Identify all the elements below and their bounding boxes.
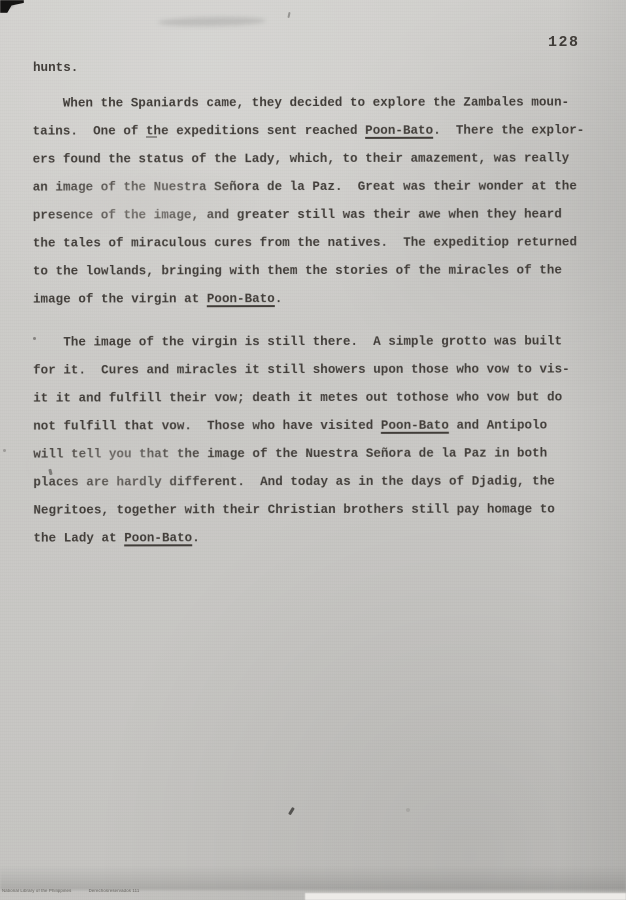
scanned-page: 128 hunts. When the Spaniards came, they… xyxy=(0,0,626,900)
ink-speck xyxy=(33,337,36,340)
text-segment: will tell you that the image of the Nues… xyxy=(33,447,547,462)
text-segment: it it and fulfill their vow; death it me… xyxy=(33,390,562,405)
text-segment: tains. One of the expeditions sent reach… xyxy=(33,124,366,139)
text-segment: ers found the status of the Lady, which,… xyxy=(33,151,570,166)
ink-speck xyxy=(3,449,6,452)
text-line: places are hardly different. And today a… xyxy=(33,467,611,496)
text-segment: image of the virgin at xyxy=(33,292,207,306)
paragraph: The image of the virgin is still there. … xyxy=(33,327,611,552)
text-segment: places are hardly different. And today a… xyxy=(33,475,554,490)
text-segment: Negritoes, together with their Christian… xyxy=(33,503,554,518)
text-segment: the Lady at xyxy=(33,531,124,545)
text-line: tains. One of the expeditions sent reach… xyxy=(33,116,611,145)
scan-artifact-corner-mark xyxy=(0,0,24,13)
scan-footer: National Library of the Philippines Dere… xyxy=(2,889,139,893)
text-line: will tell you that the image of the Nues… xyxy=(33,439,611,468)
text-segment: and Antipolo xyxy=(449,419,547,433)
footer-reference-label: Derechosreservados 111 xyxy=(89,889,140,893)
stray-underscore-mark xyxy=(146,136,157,138)
text-line: The image of the virgin is still there. … xyxy=(33,327,611,356)
text-line: When the Spaniards came, they decided to… xyxy=(33,88,611,117)
text-line: to the lowlands, bringing with them the … xyxy=(33,256,611,285)
text-line: Negritoes, together with their Christian… xyxy=(33,495,611,524)
text-line: the tales of miraculous cures from the n… xyxy=(33,228,611,257)
text-line: ers found the status of the Lady, which,… xyxy=(33,144,611,173)
ink-speck xyxy=(406,808,410,812)
scan-border-strip xyxy=(305,893,626,900)
ink-speck xyxy=(287,12,290,18)
text-line: presence of the image, and greater still… xyxy=(33,200,611,229)
eraser-smudge xyxy=(158,16,266,27)
underlined-place-name: Poon-Bato xyxy=(207,292,275,306)
paragraph: When the Spaniards came, they decided to… xyxy=(33,88,611,313)
text-line: it it and fulfill their vow; death it me… xyxy=(33,383,611,412)
catchword-line: hunts. xyxy=(33,54,78,82)
text-segment: to the lowlands, bringing with them the … xyxy=(33,263,562,278)
text-line: image of the virgin at Poon-Bato. xyxy=(33,284,611,313)
text-segment: When the Spaniards came, they decided to… xyxy=(33,95,570,110)
text-segment: . There the explor- xyxy=(433,123,584,137)
page-number: 128 xyxy=(548,34,580,51)
text-segment: presence of the image, and greater still… xyxy=(33,207,562,222)
text-segment: the tales of miraculous cures from the n… xyxy=(33,235,577,250)
underlined-place-name: Poon-Bato xyxy=(365,124,433,138)
text-line: the Lady at Poon-Bato. xyxy=(33,523,611,552)
text-segment: . xyxy=(275,292,283,306)
text-segment: not fulfill that vow. Those who have vis… xyxy=(33,419,381,434)
underlined-place-name: Poon-Bato xyxy=(124,531,192,545)
underlined-place-name: Poon-Bato xyxy=(381,419,449,433)
scan-bottom-shading xyxy=(0,866,626,890)
text-line: an image of the Nuestra Señora de la Paz… xyxy=(33,172,611,201)
text-segment: The image of the virgin is still there. … xyxy=(33,334,562,349)
stray-slash-mark xyxy=(288,807,294,815)
text-line: for it. Cures and miracles it still show… xyxy=(33,355,611,384)
text-segment: for it. Cures and miracles it still show… xyxy=(33,362,570,377)
text-segment: . xyxy=(192,531,200,545)
text-line: not fulfill that vow. Those who have vis… xyxy=(33,411,611,440)
typewritten-text: When the Spaniards came, they decided to… xyxy=(33,88,612,552)
text-segment: an image of the Nuestra Señora de la Paz… xyxy=(33,179,577,194)
footer-library-label: National Library of the Philippines xyxy=(2,889,71,893)
